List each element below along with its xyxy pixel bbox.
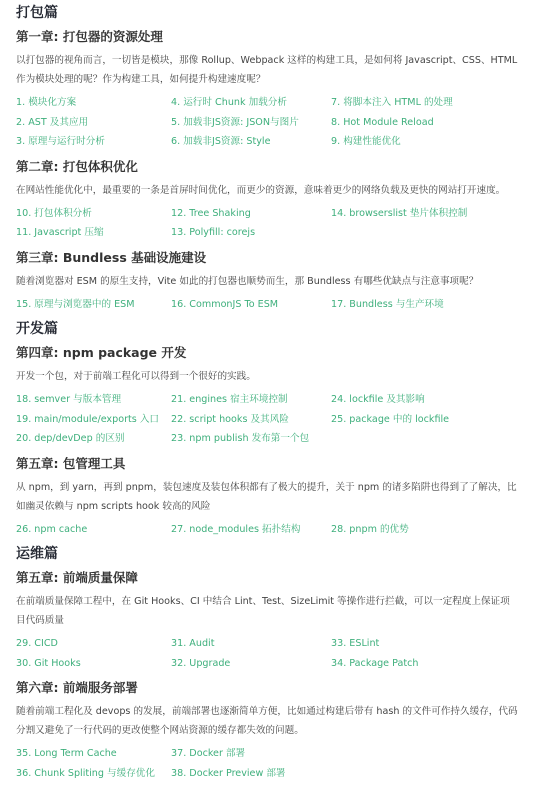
lesson-link[interactable]: 34. Package Patch bbox=[331, 654, 511, 674]
chapter-title: 第六章: 前端服务部署 bbox=[16, 675, 518, 697]
lesson-link[interactable]: 13. Polyfill: corejs bbox=[171, 223, 331, 243]
lesson-link[interactable]: 17. Bundless 与生产环境 bbox=[331, 295, 511, 315]
chapter-description: 以打包器的视角而言，一切皆是模块，那像 Rollup、Webpack 这样的构建… bbox=[16, 51, 518, 89]
lesson-link[interactable]: 20. dep/devDep 的区别 bbox=[16, 429, 171, 449]
lesson-link-grid: 15. 原理与浏览器中的 ESM16. CommonJS To ESM17. B… bbox=[16, 295, 518, 315]
lesson-link[interactable]: 8. Hot Module Reload bbox=[331, 113, 511, 133]
lesson-link-grid: 35. Long Term Cache37. Docker 部署36. Chun… bbox=[16, 744, 518, 783]
lesson-link-grid: 26. npm cache27. node_modules 拓扑结构28. pn… bbox=[16, 520, 518, 540]
lesson-link[interactable]: 37. Docker 部署 bbox=[171, 744, 331, 764]
lesson-link[interactable]: 1. 模块化方案 bbox=[16, 93, 171, 113]
lesson-link-grid: 29. CICD31. Audit33. ESLint30. Git Hooks… bbox=[16, 634, 518, 673]
part-section: 运维篇第五章: 前端质量保障在前端质量保障工程中，在 Git Hooks、CI … bbox=[16, 541, 518, 783]
lesson-link[interactable]: 9. 构建性能优化 bbox=[331, 132, 511, 152]
empty-cell bbox=[331, 744, 511, 764]
lesson-link[interactable]: 25. package 中的 lockfile bbox=[331, 410, 511, 430]
lesson-link[interactable]: 32. Upgrade bbox=[171, 654, 331, 674]
lesson-link[interactable]: 3. 原理与运行时分析 bbox=[16, 132, 171, 152]
chapter-title: 第五章: 前端质量保障 bbox=[16, 565, 518, 587]
chapter-block: 第二章: 打包体积优化在网站性能优化中，最重要的一条是首屏时间优化，而更少的资源… bbox=[16, 154, 518, 243]
chapter-description: 随着浏览器对 ESM 的原生支持，Vite 如此的打包器也顺势而生，那 Bund… bbox=[16, 272, 518, 291]
lesson-link[interactable]: 12. Tree Shaking bbox=[171, 204, 331, 224]
chapter-description: 在网站性能优化中，最重要的一条是首屏时间优化，而更少的资源，意味着更少的网络负载… bbox=[16, 181, 518, 200]
lesson-link[interactable]: 30. Git Hooks bbox=[16, 654, 171, 674]
chapter-title: 第二章: 打包体积优化 bbox=[16, 154, 518, 176]
chapter-title: 第三章: Bundless 基础设施建设 bbox=[16, 245, 518, 267]
lesson-link[interactable]: 36. Chunk Spliting 与缓存优化 bbox=[16, 764, 171, 784]
chapter-description: 在前端质量保障工程中，在 Git Hooks、CI 中结合 Lint、Test、… bbox=[16, 592, 518, 630]
lesson-link[interactable]: 10. 打包体积分析 bbox=[16, 204, 171, 224]
chapter-block: 第四章: npm package 开发开发一个包，对于前端工程化可以得到一个很好… bbox=[16, 340, 518, 449]
lesson-link[interactable]: 21. engines 宿主环境控制 bbox=[171, 390, 331, 410]
lesson-link[interactable]: 35. Long Term Cache bbox=[16, 744, 171, 764]
lesson-link[interactable]: 15. 原理与浏览器中的 ESM bbox=[16, 295, 171, 315]
empty-cell bbox=[331, 429, 511, 449]
lesson-link[interactable]: 33. ESLint bbox=[331, 634, 511, 654]
course-outline: 打包篇第一章: 打包器的资源处理以打包器的视角而言，一切皆是模块，那像 Roll… bbox=[0, 0, 534, 783]
lesson-link-grid: 10. 打包体积分析12. Tree Shaking14. browsersli… bbox=[16, 204, 518, 243]
lesson-link[interactable]: 11. Javascript 压缩 bbox=[16, 223, 171, 243]
lesson-link[interactable]: 31. Audit bbox=[171, 634, 331, 654]
lesson-link[interactable]: 5. 加载非JS资源: JSON与图片 bbox=[171, 113, 331, 133]
lesson-link[interactable]: 2. AST 及其应用 bbox=[16, 113, 171, 133]
lesson-link[interactable]: 38. Docker Preview 部署 bbox=[171, 764, 331, 784]
chapter-title: 第四章: npm package 开发 bbox=[16, 340, 518, 362]
chapter-block: 第五章: 前端质量保障在前端质量保障工程中，在 Git Hooks、CI 中结合… bbox=[16, 565, 518, 673]
empty-cell bbox=[331, 764, 511, 784]
lesson-link[interactable]: 6. 加载非JS资源: Style bbox=[171, 132, 331, 152]
lesson-link[interactable]: 29. CICD bbox=[16, 634, 171, 654]
lesson-link[interactable]: 24. lockfile 及其影响 bbox=[331, 390, 511, 410]
lesson-link[interactable]: 7. 将脚本注入 HTML 的处理 bbox=[331, 93, 511, 113]
lesson-link[interactable]: 28. pnpm 的优势 bbox=[331, 520, 511, 540]
chapter-block: 第一章: 打包器的资源处理以打包器的视角而言，一切皆是模块，那像 Rollup、… bbox=[16, 24, 518, 152]
part-section: 打包篇第一章: 打包器的资源处理以打包器的视角而言，一切皆是模块，那像 Roll… bbox=[16, 0, 518, 314]
chapter-description: 开发一个包，对于前端工程化可以得到一个很好的实践。 bbox=[16, 367, 518, 386]
empty-cell bbox=[331, 223, 511, 243]
chapter-title: 第一章: 打包器的资源处理 bbox=[16, 24, 518, 46]
lesson-link[interactable]: 4. 运行时 Chunk 加载分析 bbox=[171, 93, 331, 113]
lesson-link-grid: 1. 模块化方案4. 运行时 Chunk 加载分析7. 将脚本注入 HTML 的… bbox=[16, 93, 518, 152]
chapter-block: 第五章: 包管理工具从 npm，到 yarn，再到 pnpm，装包速度及装包体积… bbox=[16, 451, 518, 540]
chapter-title: 第五章: 包管理工具 bbox=[16, 451, 518, 473]
part-title: 打包篇 bbox=[16, 0, 518, 24]
lesson-link[interactable]: 16. CommonJS To ESM bbox=[171, 295, 331, 315]
lesson-link[interactable]: 22. script hooks 及其风险 bbox=[171, 410, 331, 430]
lesson-link[interactable]: 19. main/module/exports 入口 bbox=[16, 410, 171, 430]
chapter-block: 第六章: 前端服务部署随着前端工程化及 devops 的发展，前端部署也逐渐简单… bbox=[16, 675, 518, 783]
lesson-link[interactable]: 18. semver 与版本管理 bbox=[16, 390, 171, 410]
chapter-description: 从 npm，到 yarn，再到 pnpm，装包速度及装包体积都有了极大的提升，关… bbox=[16, 478, 518, 516]
lesson-link[interactable]: 14. browserslist 垫片体积控制 bbox=[331, 204, 511, 224]
chapter-description: 随着前端工程化及 devops 的发展，前端部署也逐渐简单方便，比如通过构建后带… bbox=[16, 702, 518, 740]
chapter-block: 第三章: Bundless 基础设施建设随着浏览器对 ESM 的原生支持，Vit… bbox=[16, 245, 518, 315]
lesson-link[interactable]: 26. npm cache bbox=[16, 520, 171, 540]
lesson-link-grid: 18. semver 与版本管理21. engines 宿主环境控制24. lo… bbox=[16, 390, 518, 449]
part-title: 运维篇 bbox=[16, 541, 518, 565]
part-title: 开发篇 bbox=[16, 316, 518, 340]
lesson-link[interactable]: 27. node_modules 拓扑结构 bbox=[171, 520, 331, 540]
lesson-link[interactable]: 23. npm publish 发布第一个包 bbox=[171, 429, 331, 449]
part-section: 开发篇第四章: npm package 开发开发一个包，对于前端工程化可以得到一… bbox=[16, 316, 518, 539]
